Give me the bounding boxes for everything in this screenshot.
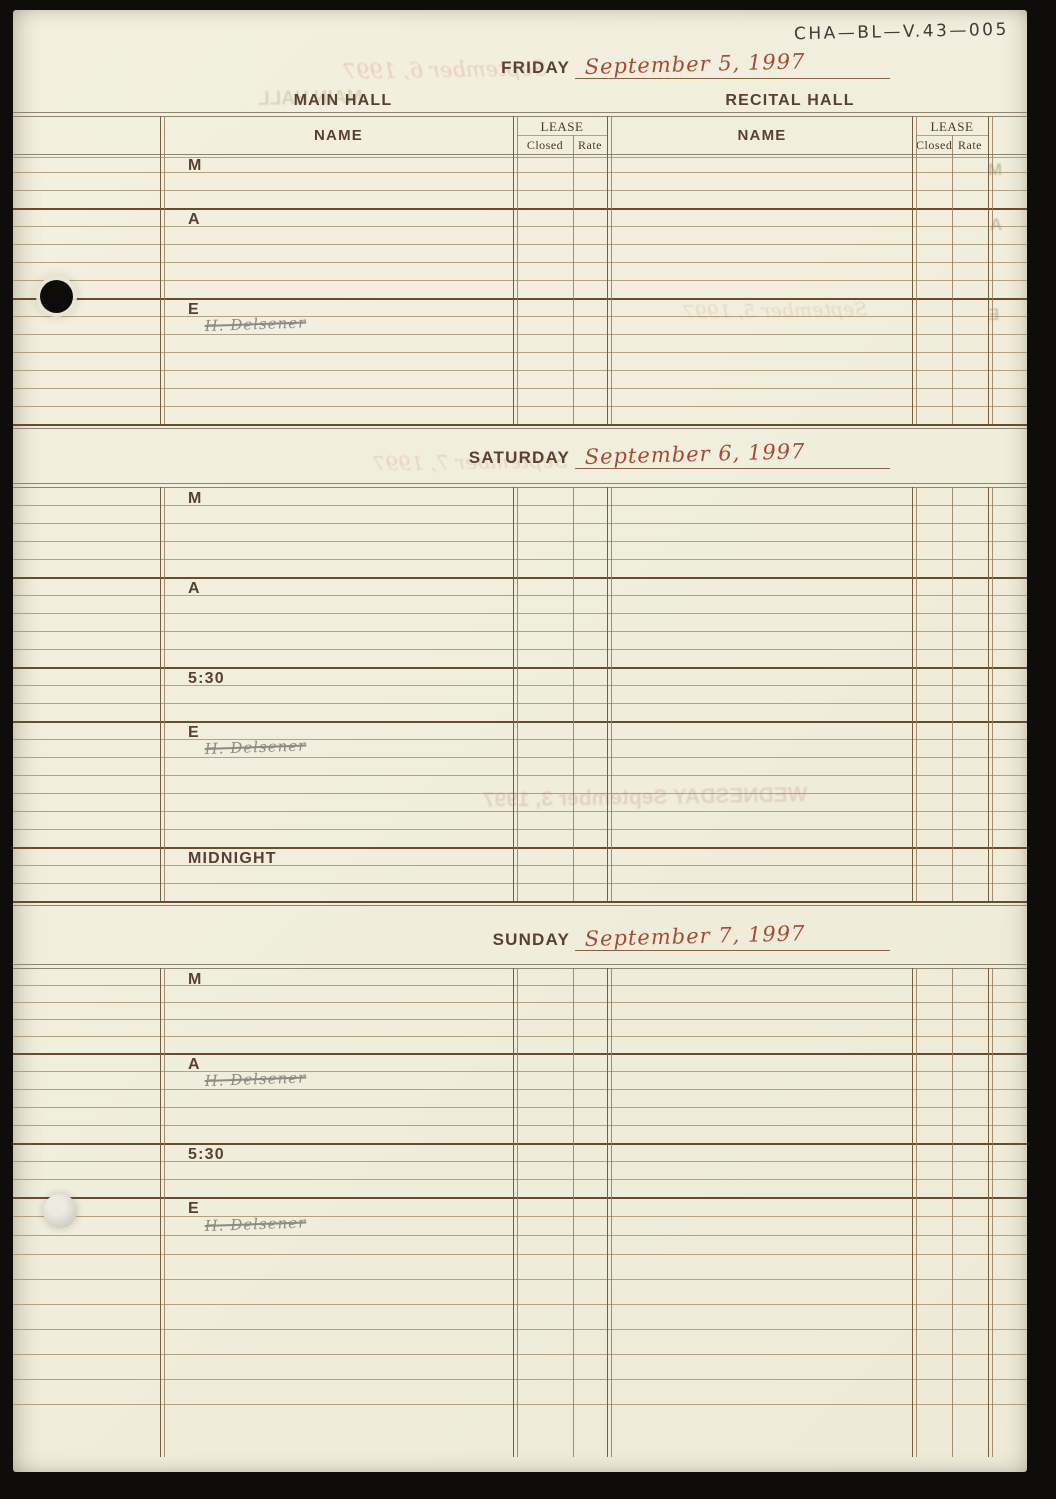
grid-line-vertical [164, 116, 165, 424]
grid-line-vertical [611, 968, 612, 1457]
grid-line-vertical [952, 487, 953, 901]
grid-line-vertical [988, 968, 989, 1457]
row-line [13, 262, 1027, 263]
section-top-rule [13, 483, 1027, 484]
section-bottom-rule [13, 901, 1027, 903]
grid-line-vertical [912, 968, 913, 1457]
section-bottom-rule [13, 428, 1027, 429]
grid-line-vertical [513, 116, 514, 424]
date-underline-saturday: September 6, 1997 [575, 438, 890, 469]
row-line [13, 757, 1027, 758]
section-top-rule [13, 964, 1027, 965]
column-header-rate-recital: Rate [952, 138, 988, 153]
grid-line-vertical [916, 487, 917, 901]
grid-line-vertical [573, 487, 574, 901]
row-line [13, 280, 1027, 281]
block-divider [13, 298, 1027, 300]
row-line [13, 388, 1027, 389]
row-line [13, 559, 1027, 560]
block-divider [13, 1053, 1027, 1055]
day-label-saturday: SATURDAY [263, 448, 570, 468]
row-line [13, 316, 1027, 317]
row-line [13, 1036, 1027, 1037]
date-underline-friday: September 5, 1997 [575, 48, 890, 79]
grid-line-vertical [160, 116, 161, 424]
grid-line-vertical [952, 968, 953, 1457]
time-label-sunday-M: M [188, 971, 203, 989]
row-line [13, 703, 1027, 704]
row-line [13, 1279, 1027, 1280]
punch-hole-bottom [43, 1194, 77, 1228]
row-line [13, 1125, 1027, 1126]
grid-line-vertical [988, 116, 989, 424]
row-line [13, 1216, 1027, 1217]
bleed-through-ghost: WEDNESDAY September 3, 1997 [483, 783, 808, 813]
grid-line-vertical [607, 487, 608, 901]
row-line [13, 595, 1027, 596]
row-line [13, 334, 1027, 335]
block-divider [13, 667, 1027, 669]
row-line [13, 406, 1027, 407]
grid-line-vertical [952, 135, 953, 424]
row-line [13, 523, 1027, 524]
grid-line-vertical [517, 968, 518, 1457]
day-label-sunday: SUNDAY [263, 930, 570, 950]
row-line [13, 1002, 1027, 1003]
row-line [13, 1254, 1027, 1255]
header-bottom-rule [13, 154, 1027, 155]
day-label-friday: FRIDAY [263, 58, 570, 78]
section-top-rule [13, 112, 1027, 113]
grid-line-vertical [912, 116, 913, 424]
section-top-rule [13, 487, 1027, 488]
grid-line-vertical [573, 135, 574, 424]
date-underline-sunday: September 7, 1997 [575, 920, 890, 951]
row-line [13, 631, 1027, 632]
hall-label-recital: RECITAL HALL [690, 92, 890, 110]
grid-line-vertical [573, 968, 574, 1457]
grid-line-vertical [513, 968, 514, 1457]
row-line [13, 739, 1027, 740]
grid-line-vertical [992, 968, 993, 1457]
row-line [13, 226, 1027, 227]
bleed-through-ghost: M [988, 160, 1003, 180]
row-line [13, 352, 1027, 353]
row-line [13, 865, 1027, 866]
row-line [13, 1304, 1027, 1305]
row-line [13, 1379, 1027, 1380]
grid-line-vertical [164, 968, 165, 1457]
grid-line-vertical [611, 487, 612, 901]
block-divider [13, 1143, 1027, 1145]
grid-line-vertical [988, 487, 989, 901]
block-divider [13, 847, 1027, 849]
column-header-closed-recital: Closed [916, 138, 952, 153]
row-line [13, 370, 1027, 371]
hall-label-main: MAIN HALL [243, 92, 443, 110]
bleed-through-ghost: September 5, 1997 [683, 298, 868, 323]
row-line [13, 811, 1027, 812]
grid-line-vertical [611, 116, 612, 424]
archive-code-handwritten: CHA—BL—V.43—005 [794, 20, 1009, 44]
block-divider [13, 208, 1027, 210]
row-line [13, 685, 1027, 686]
grid-line-vertical [517, 116, 518, 424]
row-line [13, 1329, 1027, 1330]
date-handwritten-sunday: September 7, 1997 [584, 921, 805, 951]
grid-line-vertical [992, 116, 993, 424]
row-line [13, 649, 1027, 650]
section-bottom-rule [13, 905, 1027, 906]
lease-box-divider [517, 135, 607, 136]
grid-line-vertical [912, 487, 913, 901]
row-line [13, 613, 1027, 614]
row-line [13, 172, 1027, 173]
grid-line-vertical [916, 116, 917, 424]
grid-line-vertical [607, 968, 608, 1457]
row-line [13, 1071, 1027, 1072]
ledger-page: CHA—BL—V.43—005 September 6, 1997MAIN HA… [13, 10, 1027, 1472]
date-handwritten-friday: September 5, 1997 [584, 49, 805, 79]
grid-line-vertical [607, 116, 608, 424]
row-line [13, 1354, 1027, 1355]
row-line [13, 541, 1027, 542]
date-handwritten-saturday: September 6, 1997 [584, 439, 805, 469]
row-line [13, 985, 1027, 986]
column-header-closed-main: Closed [517, 138, 573, 153]
grid-line-vertical [160, 968, 161, 1457]
row-line [13, 775, 1027, 776]
row-line [13, 505, 1027, 506]
block-divider [13, 1197, 1027, 1199]
grid-line-vertical [513, 487, 514, 901]
section-top-rule [13, 116, 1027, 117]
block-divider [13, 721, 1027, 723]
column-header-lease-main: LEASE [517, 119, 607, 135]
row-line [13, 1019, 1027, 1020]
grid-line-vertical [160, 487, 161, 901]
row-line [13, 883, 1027, 884]
bleed-through-ghost: E [988, 305, 1000, 325]
column-header-rate-main: Rate [573, 138, 607, 153]
column-header-lease-recital: LEASE [916, 119, 988, 135]
row-line [13, 793, 1027, 794]
column-header-name-main: NAME [164, 127, 513, 144]
row-line [13, 1235, 1027, 1236]
grid-line-vertical [992, 487, 993, 901]
row-line [13, 1089, 1027, 1090]
row-line [13, 1161, 1027, 1162]
row-line [13, 244, 1027, 245]
section-top-rule [13, 968, 1027, 969]
grid-line-vertical [916, 968, 917, 1457]
row-line [13, 1179, 1027, 1180]
row-line [13, 190, 1027, 191]
section-bottom-rule [13, 424, 1027, 426]
grid-line-vertical [517, 487, 518, 901]
header-bottom-rule [13, 157, 1027, 158]
row-line [13, 829, 1027, 830]
row-line [13, 1404, 1027, 1405]
punch-hole-top [40, 280, 73, 313]
column-header-name-recital: NAME [612, 127, 912, 144]
row-line [13, 1107, 1027, 1108]
grid-line-vertical [164, 487, 165, 901]
block-divider [13, 577, 1027, 579]
